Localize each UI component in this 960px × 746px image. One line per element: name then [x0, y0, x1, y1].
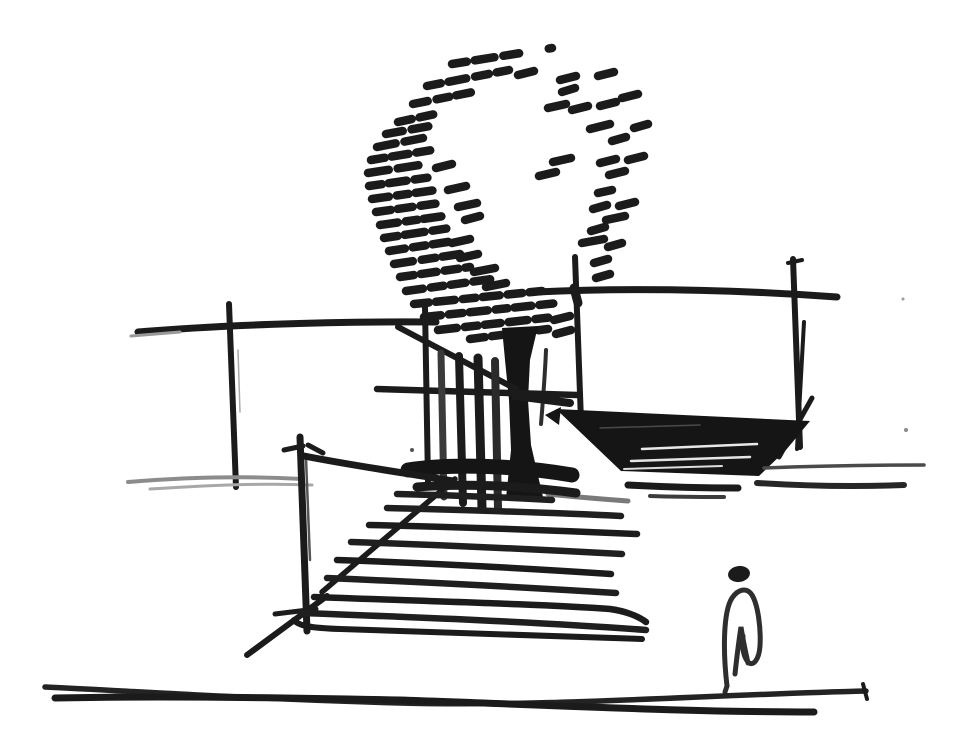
sketch-page	[0, 0, 960, 746]
ground-line-end-tick	[863, 684, 867, 699]
left-ground-pencil-lines	[128, 477, 312, 489]
step-3	[369, 525, 637, 534]
stair-top-shadow-1	[408, 466, 572, 475]
awning-left-beak	[545, 407, 561, 425]
stairs	[247, 437, 646, 655]
figure-head	[727, 565, 751, 584]
step-5	[337, 560, 611, 574]
left-wall-post	[229, 304, 236, 487]
tree-canopy	[368, 48, 648, 339]
figure-foot	[725, 686, 727, 692]
walking-figure	[724, 565, 760, 692]
ground-lines	[45, 684, 867, 712]
step-4	[351, 542, 622, 554]
column-2	[441, 353, 444, 497]
dark-awning	[545, 407, 810, 476]
step-6	[327, 578, 616, 593]
tree-trunk-side-stroke	[541, 350, 546, 424]
left-roofline	[138, 322, 436, 332]
column-1	[425, 307, 428, 482]
pavilion-left-post-blob	[574, 288, 578, 303]
sketch-drawing	[0, 0, 960, 746]
stair-post-top-tick-right	[308, 445, 323, 453]
right-ground-strokes	[757, 465, 924, 486]
step-2	[387, 508, 621, 516]
left-wall	[131, 304, 436, 487]
left-wall-post-pencil	[238, 350, 240, 412]
